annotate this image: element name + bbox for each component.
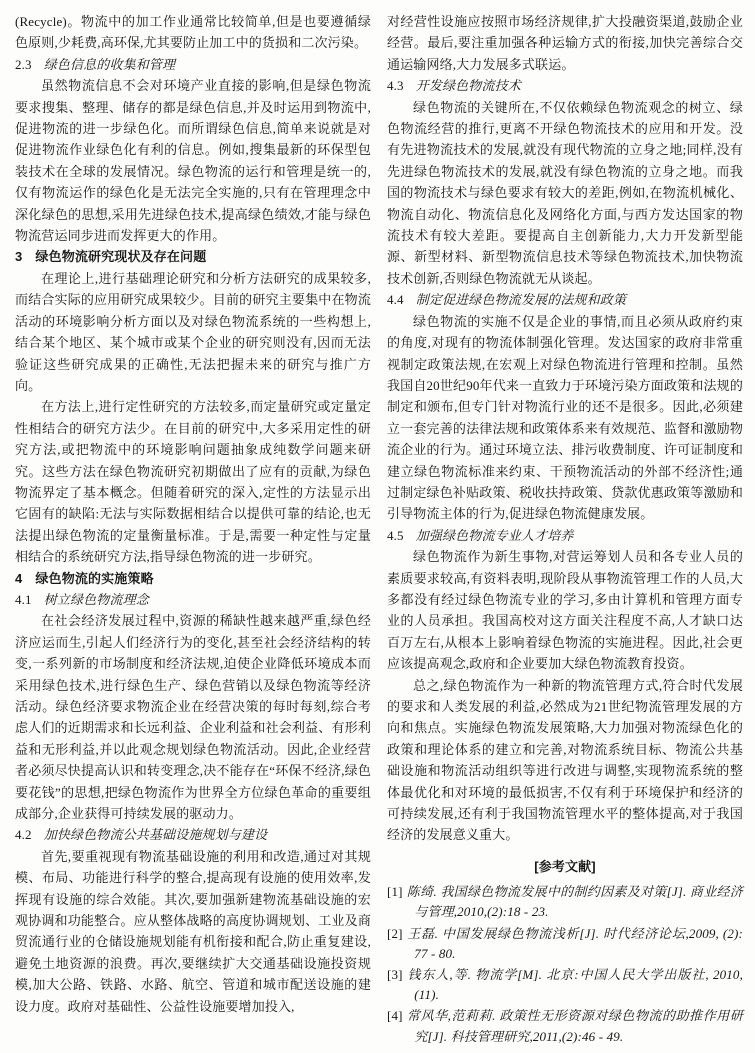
paragraph-continuation: 对经营性设施应按照市场经济规律,扩大投融资渠道,鼓励企业经营。最后,要注重加强各… <box>387 11 743 75</box>
subsection-heading: 4.3开发绿色物流技术 <box>387 75 743 96</box>
text-column-left: (Recycle)。物流中的加工作业通常比较简单,但是也要遵循绿色原则,少耗费,… <box>15 11 371 1048</box>
paper-page: (Recycle)。物流中的加工作业通常比较简单,但是也要遵循绿色原则,少耗费,… <box>0 0 755 1048</box>
reference-item: [4]常风华,范莉莉. 政策性无形资源对绿色物流的助推作用研究[J]. 科技管理… <box>387 1006 743 1046</box>
subsection-heading: 4.2加快绿色物流公共基础设施规划与建设 <box>15 824 371 845</box>
heading-number: 2.3 <box>15 57 32 72</box>
paragraph: 绿色物流的关键所在,不仅依赖绿色物流观念的树立、绿色物流经营的推行,更离不开绿色… <box>387 97 743 290</box>
heading-number: 4 <box>15 571 22 586</box>
reference-label: [3] <box>387 967 403 982</box>
subsection-heading: 4.1树立绿色物流理念 <box>15 589 371 610</box>
heading-title: 制定促进绿色物流发展的法规和政策 <box>416 292 626 307</box>
heading-title: 加强绿色物流专业人才培养 <box>416 528 574 543</box>
heading-number: 4.4 <box>387 292 404 307</box>
paragraph: 虽然物流信息不会对环境产业直接的影响,但是绿色物流要求搜集、整理、储存的都是绿色… <box>15 75 371 246</box>
paragraph: 绿色物流作为新生事物,对营运筹划人员和各专业人员的素质要求较高,有资料表明,现阶… <box>387 546 743 674</box>
heading-title: 绿色物流的实施策略 <box>35 571 153 586</box>
heading-title: 开发绿色物流技术 <box>416 78 521 93</box>
heading-number: 4.3 <box>387 78 404 93</box>
paragraph: 在理论上,进行基础理论研究和分析方法研究的成果较多,而结合实际的应用研究成果较少… <box>15 268 371 396</box>
reference-label: [2] <box>387 926 403 941</box>
heading-number: 4.5 <box>387 528 404 543</box>
section-heading: 3绿色物流研究现状及存在问题 <box>15 246 371 267</box>
paragraph: 绿色物流的实施不仅是企业的事情,而且必须从政府约束的角度,对现有的物流体制强化管… <box>387 311 743 525</box>
reference-label: [1] <box>387 884 403 899</box>
heading-title: 树立绿色物流理念 <box>44 592 149 607</box>
text-column-right: 对经营性设施应按照市场经济规律,扩大投融资渠道,鼓励企业经营。最后,要注重加强各… <box>387 11 743 1048</box>
subsection-heading: 4.5加强绿色物流专业人才培养 <box>387 525 743 546</box>
paragraph: 在社会经济发展过程中,资源的稀缺性越来越严重,绿色经济应运而生,引起人们经济行为… <box>15 610 371 824</box>
paragraph: 在方法上,进行定性研究的方法较多,而定量研究或定量定性相结合的研究方法少。在目前… <box>15 396 371 567</box>
reference-item: [1]陈绮. 我国绿色物流发展中的制约因素及对策[J]. 商业经济与管理,201… <box>387 882 743 922</box>
paragraph: 首先,要重视现有物流基础设施的利用和改造,通过对其规模、布局、功能进行科学的整合… <box>15 846 371 1017</box>
reference-item: [3]钱东人,等. 物流学[M]. 北京:中国人民大学出版社, 2010,(11… <box>387 965 743 1005</box>
reference-item: [2]王磊. 中国发展绿色物流浅析[J]. 时代经济论坛,2009, (2): … <box>387 924 743 964</box>
subsection-heading: 2.3绿色信息的收集和管理 <box>15 54 371 75</box>
heading-title: 加快绿色物流公共基础设施规划与建设 <box>44 827 268 842</box>
heading-number: 4.2 <box>15 827 32 842</box>
reference-label: [4] <box>387 1008 403 1023</box>
subsection-heading: 4.4制定促进绿色物流发展的法规和政策 <box>387 289 743 310</box>
paragraph: 总之,绿色物流作为一种新的物流管理方式,符合时代发展的要求和人类发展的利益,必然… <box>387 675 743 846</box>
heading-title: 绿色信息的收集和管理 <box>44 57 176 72</box>
paragraph-continuation: (Recycle)。物流中的加工作业通常比较简单,但是也要遵循绿色原则,少耗费,… <box>15 11 371 54</box>
heading-number: 3 <box>15 249 22 264</box>
references-heading: [参考文献] <box>387 856 743 877</box>
heading-number: 4.1 <box>15 592 32 607</box>
section-heading: 4绿色物流的实施策略 <box>15 568 371 589</box>
heading-title: 绿色物流研究现状及存在问题 <box>35 249 206 264</box>
